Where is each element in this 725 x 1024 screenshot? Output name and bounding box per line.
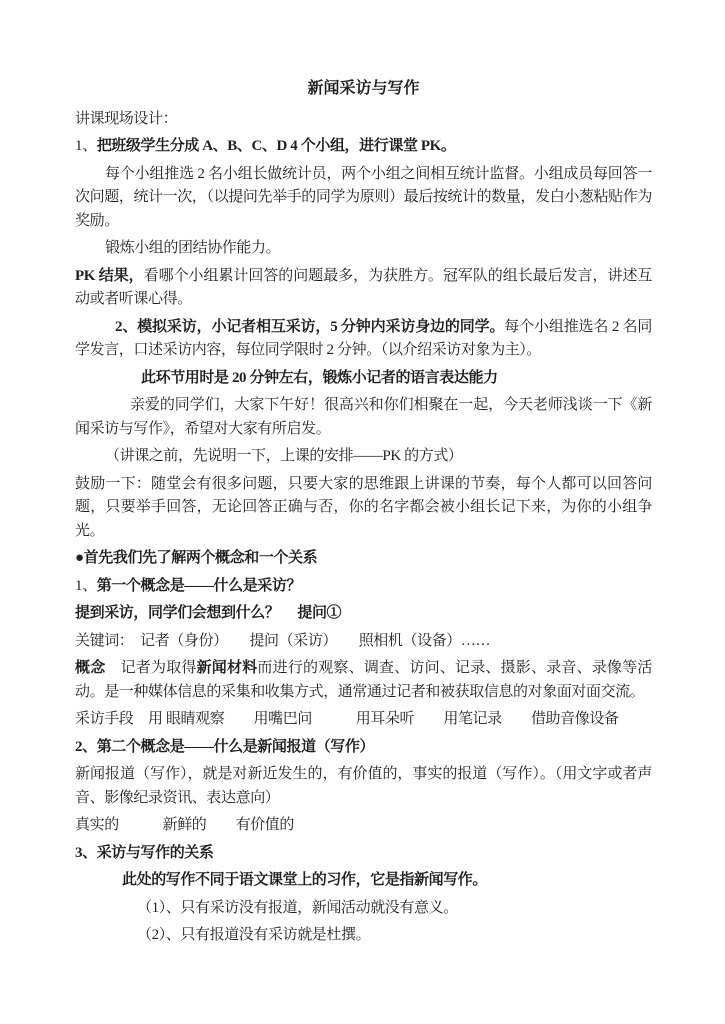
- bold-text-run: 3、采访与写作的关系: [75, 845, 214, 861]
- heading-relationship: 3、采访与写作的关系: [75, 842, 652, 866]
- text-run: （2）、只有报道没有采访就是杜撰。: [137, 927, 370, 943]
- paragraph-writing-difference: 此处的写作不同于语文课堂上的习作，它是指新闻写作。: [75, 869, 652, 893]
- paragraph-lecture-design-label: 讲课现场设计：: [75, 108, 652, 132]
- paragraph-relation-point-2: （2）、只有报道没有采访就是杜撰。: [75, 924, 652, 948]
- paragraph-relation-point-1: （1）、只有采访没有报道，新闻活动就没有意义。: [75, 897, 652, 921]
- bold-text-run: ●首先我们先了解两个概念和一个关系: [75, 550, 317, 566]
- paragraph-question-1: 提到采访，同学们会想到什么？ 提问①: [75, 602, 652, 626]
- paragraph-news-qualities: 真实的 新鲜的 有价值的: [75, 814, 652, 838]
- bold-text-run: 此环节用时是 20 分钟左右，锻炼小记者的语言表达能力: [141, 370, 498, 386]
- bold-text-run: 2、第二个概念是——什么是新闻报道（写作）: [75, 739, 374, 755]
- bold-text-run: 此处的写作不同于语文课堂上的习作，它是指新闻写作。: [122, 872, 487, 888]
- bold-text-run: PK 结果，: [75, 268, 144, 284]
- bold-text-run: 新闻材料: [197, 660, 258, 676]
- text-run: 锻炼小组的团结协作能力。: [105, 240, 280, 256]
- bold-text-run: 概念: [75, 660, 105, 676]
- text-run: 讲课现场设计：: [75, 111, 177, 127]
- heading-concept-1: 1、第一个概念是——什么是采访？: [75, 575, 652, 599]
- text-run: 新闻报道（写作），就是对新近发生的，有价值的，事实的报道（写作）。（用文字或者声…: [75, 766, 652, 806]
- paragraph-pk-result: PK 结果，看哪个小组累计回答的问题最多，为获胜方。冠军队的组长最后发言，讲述互…: [75, 265, 652, 312]
- text-run: 亲爱的同学们，大家下午好！很高兴和你们相聚在一起，今天老师浅谈一下《新闻采访与写…: [75, 397, 652, 437]
- paragraph-news-report-definition: 新闻报道（写作），就是对新近发生的，有价值的，事实的报道（写作）。（用文字或者声…: [75, 763, 652, 810]
- bold-text-run: 把班级学生分成 A、B、C、D 4 个小组，进行课堂 PK。: [97, 138, 456, 154]
- document-title: 新闻采访与写作: [75, 77, 652, 101]
- text-run: 鼓励一下：随堂会有很多问题，只要大家的思维跟上讲课的节奏，每个人都可以回答问题，…: [75, 476, 652, 539]
- paragraph-session-duration: 此环节用时是 20 分钟左右，锻炼小记者的语言表达能力: [75, 367, 652, 391]
- heading-concept-2: 2、第二个概念是——什么是新闻报道（写作）: [75, 736, 652, 760]
- bold-text-run: 第一个概念是——什么是采访？: [97, 578, 301, 594]
- bold-text-run: 新闻采访与写作: [307, 80, 419, 97]
- text-run: 1、: [75, 138, 97, 154]
- document-body: 新闻采访与写作讲课现场设计：1、把班级学生分成 A、B、C、D 4 个小组，进行…: [75, 77, 652, 948]
- paragraph-pk-note: （讲课之前，先说明一下，上课的安排——PK 的方式）: [75, 445, 652, 469]
- document-page: 新闻采访与写作讲课现场设计：1、把班级学生分成 A、B、C、D 4 个小组，进行…: [0, 0, 725, 1024]
- heading-two-concepts: ●首先我们先了解两个概念和一个关系: [75, 547, 652, 571]
- heading-item-2-mock-interview: 2、模拟采访，小记者相互采访，5 分钟内采访身边的同学。每个小组推选名 2 名同…: [75, 316, 652, 363]
- text-run: 关键词： 记者（身份） 提问（采访） 照相机（设备）……: [75, 633, 490, 649]
- text-run: 记者为取得: [105, 660, 196, 676]
- paragraph-interview-definition: 概念 记者为取得新闻材料而进行的观察、调查、访问、记录、摄影、录音、录像等活动。…: [75, 657, 652, 704]
- text-run: 1、: [75, 578, 97, 594]
- paragraph-group-rules: 每个小组推选 2 名小组长做统计员，两个小组之间相互统计监督。小组成员每回答一次…: [75, 163, 652, 234]
- heading-item-1-grouping: 1、把班级学生分成 A、B、C、D 4 个小组，进行课堂 PK。: [75, 135, 652, 159]
- paragraph-group-purpose: 锻炼小组的团结协作能力。: [75, 237, 652, 261]
- paragraph-greeting: 亲爱的同学们，大家下午好！很高兴和你们相聚在一起，今天老师浅谈一下《新闻采访与写…: [75, 394, 652, 441]
- text-run: 真实的 新鲜的 有价值的: [75, 817, 294, 833]
- text-run: 看哪个小组累计回答的问题最多，为获胜方。冠军队的组长最后发言，讲述互动或者听课心…: [75, 268, 652, 308]
- text-run: （1）、只有采访没有报道，新闻活动就没有意义。: [137, 900, 458, 916]
- paragraph-keywords: 关键词： 记者（身份） 提问（采访） 照相机（设备）……: [75, 630, 652, 654]
- bold-text-run: 2、模拟采访，小记者相互采访，5 分钟内采访身边的同学。: [115, 319, 504, 335]
- bold-text-run: 提到采访，同学们会想到什么？ 提问①: [75, 605, 341, 621]
- text-run: 采访手段 用 眼睛观察 用嘴巴问 用耳朵听 用笔记录 借助音像设备: [75, 711, 619, 727]
- paragraph-interview-methods: 采访手段 用 眼睛观察 用嘴巴问 用耳朵听 用笔记录 借助音像设备: [75, 708, 652, 732]
- text-run: （讲课之前，先说明一下，上课的安排——PK 的方式）: [105, 448, 463, 464]
- paragraph-encouragement: 鼓励一下：随堂会有很多问题，只要大家的思维跟上讲课的节奏，每个人都可以回答问题，…: [75, 473, 652, 544]
- text-run: 每个小组推选 2 名小组长做统计员，两个小组之间相互统计监督。小组成员每回答一次…: [75, 166, 652, 229]
